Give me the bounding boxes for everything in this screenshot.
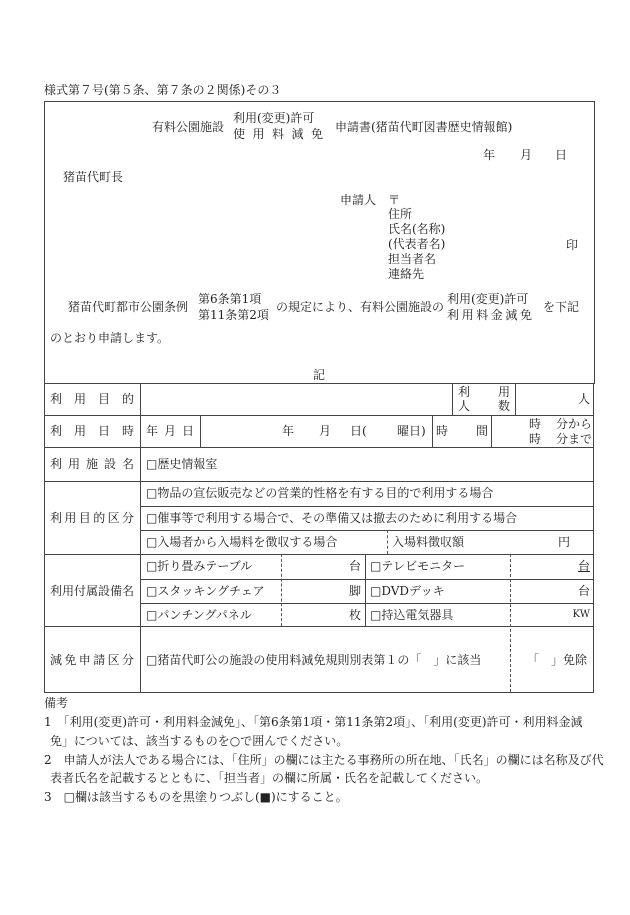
representative-label: (代表者名) [388, 237, 445, 251]
purpose-category-label: 利用目的区分 [50, 511, 134, 525]
title-option-permit: 利用(変更)許可 [233, 111, 314, 125]
purpose-option-commercial[interactable]: □物品の宣伝販売などの営業的性格を有する目的で利用する場合 [146, 486, 493, 500]
use-date-weekday: 曜日) [397, 424, 426, 438]
table-line [140, 383, 141, 692]
equipment-electrical-appliance[interactable]: □持込電気器具 [370, 608, 453, 622]
address-label: 住所 [388, 207, 412, 221]
table-line [510, 554, 511, 692]
table-line [44, 481, 594, 482]
table-line [44, 383, 45, 692]
time-from-minute: 分から [556, 417, 592, 431]
note-3-line-1: 3 □欄は該当するものを黒塗りつぶし(■)にすること。 [44, 790, 348, 804]
note-2-line-1: 2 申請人が法人である場合には、「住所」の欄には主たる事務所の所在地、「氏名」の… [44, 753, 604, 767]
note-2-line-2: 表者氏名を記載するとともに、「担当者」の欄に所属・氏名を記載してください。 [50, 771, 488, 785]
attendee-count-label-top: 利用 [458, 385, 510, 399]
contact-label: 連絡先 [388, 267, 424, 281]
purpose-field[interactable] [141, 384, 451, 414]
table-line [281, 554, 282, 626]
postal-mark: 〒 [388, 193, 400, 207]
equipment-tv-monitor-unit: 台 [514, 559, 590, 573]
facility-option-history-room[interactable]: □歴史情報室 [146, 457, 217, 471]
table-line [44, 626, 594, 627]
equipment-stacking-chair-unit: 脚 [285, 584, 361, 598]
statement-tail: を下記 [543, 300, 579, 314]
title-suffix: 申請書(猪苗代町図書歴史情報館) [335, 120, 512, 134]
form-number: 様式第７号(第５条、第７条の２関係)その３ [44, 83, 281, 97]
admission-fee-label: 入場料徴収額 [392, 535, 464, 549]
purpose-label: 利用目的 [50, 392, 134, 406]
exemption-label: 減免申請区分 [50, 653, 134, 667]
equipment-label: 利用付属設備名 [50, 584, 134, 598]
application-date-field[interactable] [440, 146, 590, 164]
equipment-stacking-chair[interactable]: □スタッキングチェア [146, 584, 265, 598]
datetime-label: 利用日時 [50, 424, 134, 438]
applicant-info-field[interactable] [450, 192, 560, 282]
purpose-option-event-setup[interactable]: □催事等で利用する場合で、その準備又は撤去のために利用する場合 [146, 511, 517, 525]
table-line [44, 554, 594, 555]
table-line [140, 506, 594, 507]
table-line [452, 383, 453, 415]
seal-mark: 印 [566, 238, 578, 252]
table-line [432, 415, 433, 447]
table-line [140, 603, 594, 604]
equipment-folding-table[interactable]: □折り畳みテーブル [146, 559, 252, 573]
name-label: 氏名(名称) [388, 222, 445, 236]
title-option-reduction: 使用料減免 [233, 127, 323, 141]
equipment-tv-monitor[interactable]: □テレビモニター [370, 559, 465, 573]
attendee-count-label-bottom: 人数 [458, 399, 510, 413]
date-label: 年月日 [146, 424, 194, 438]
attendee-count-unit: 人 [519, 392, 590, 406]
article-option-2: 第11条第2項 [198, 308, 269, 322]
note-1-line-2: 免」については、該当するものを○で囲んでください。 [50, 734, 348, 748]
table-line [593, 383, 594, 692]
statement-option-reduction: 利用料金減免 [447, 308, 532, 322]
equipment-punching-panel-unit: 枚 [285, 608, 361, 622]
use-date-day: 日( [350, 424, 367, 438]
table-line [44, 447, 594, 448]
note-1-line-1: 1 「利用(変更)許可・利用料金減免」、「第6条第1項・第11条第2項」、「利用… [44, 715, 583, 729]
time-to-minute: 分まで [556, 432, 592, 446]
equipment-dvd-deck[interactable]: □DVDデッキ [370, 584, 445, 598]
applicant-label: 申請人 [340, 193, 376, 207]
time-from-hour: 時 [529, 417, 541, 431]
purpose-option-admission-fee[interactable]: □入場者から入場料を徴収する場合 [146, 535, 337, 549]
exemption-result: 「 」免除 [527, 653, 587, 667]
statement-middle: の規定により、有料公園施設の [276, 300, 444, 314]
use-date-year: 年 [282, 424, 294, 438]
exemption-option[interactable]: □猪苗代町公の施設の使用料減免規則別表第１の「 」に該当 [146, 653, 481, 667]
admission-fee-field[interactable] [470, 531, 555, 553]
admission-fee-unit: 円 [558, 535, 570, 549]
contact-person-label: 担当者名 [388, 252, 436, 266]
equipment-punching-panel[interactable]: □パンチングパネル [146, 608, 252, 622]
statement-line-2: のとおり申請します。 [50, 331, 169, 345]
equipment-dvd-deck-unit: 台 [514, 584, 590, 598]
title-prefix: 有料公園施設 [152, 120, 224, 134]
ordinance-name: 猪苗代町都市公園条例 [68, 300, 188, 314]
article-option-1: 第6条第1項 [198, 292, 261, 306]
ki-heading: 記 [313, 368, 325, 382]
facility-label: 利用施設名 [50, 457, 134, 471]
use-date-month: 月 [319, 424, 331, 438]
equipment-tv-monitor-unit-text: 台 [578, 559, 590, 573]
table-line [44, 692, 594, 693]
table-line [387, 530, 388, 554]
equipment-folding-table-unit: 台 [285, 559, 361, 573]
time-label: 時間 [436, 424, 488, 438]
addressee: 猪苗代町長 [63, 170, 123, 184]
time-to-hour: 時 [529, 432, 541, 446]
notes-title: 備考 [44, 696, 68, 710]
table-line [140, 579, 594, 580]
statement-option-permit: 利用(変更)許可 [447, 292, 528, 306]
equipment-electrical-appliance-unit: KW [514, 608, 590, 622]
table-line [365, 554, 366, 626]
